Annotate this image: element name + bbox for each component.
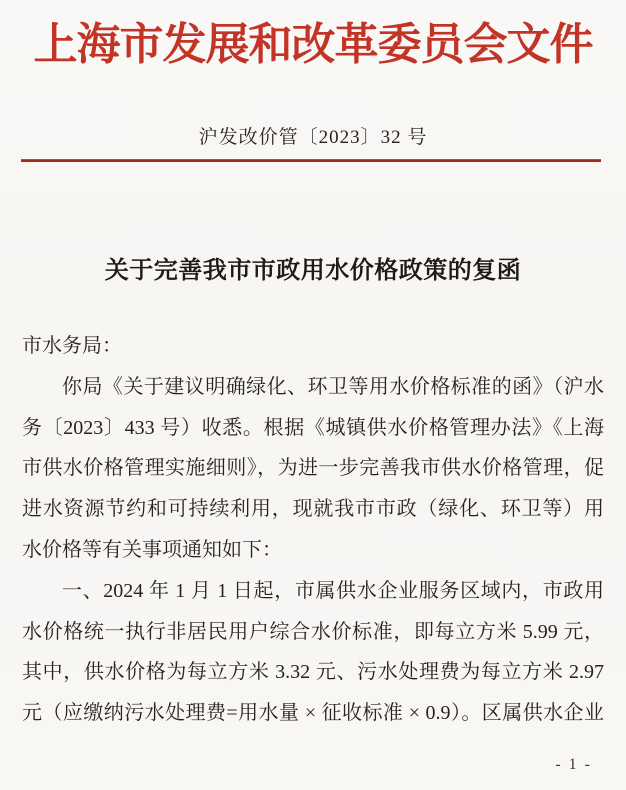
body-line: 水价格统一执行非居民用户综合水价标准，即每立方米 5.99 元， [22,612,604,653]
document-page: 上海市发展和改革委员会文件 沪发改价管〔2023〕32 号 关于完善我市市政用水… [0,0,626,790]
salutation-line: 市水务局： [22,326,604,367]
header-divider-rule [21,159,601,162]
body-line: 你局《关于建议明确绿化、环卫等用水价格标准的函》（沪水 [22,367,604,408]
body-line: 其中，供水价格为每立方米 3.32 元、污水处理费为每立方米 2.97 [22,652,604,693]
body-line: 进水资源节约和可持续利用，现就我市市政（绿化、环卫等）用 [22,489,604,530]
body-line: 务〔2023〕433 号）收悉。根据《城镇供水价格管理办法》《上海 [22,408,604,449]
body-line: 水价格等有关事项通知如下： [22,530,604,571]
body-line: 市供水价格管理实施细则》，为进一步完善我市供水价格管理，促 [22,448,604,489]
document-number: 沪发改价管〔2023〕32 号 [0,122,626,149]
body-line: 元（应缴纳污水处理费=用水量 × 征收标准 × 0.9）。区属供水企业 [22,693,604,734]
document-body: 市水务局： 你局《关于建议明确绿化、环卫等用水价格标准的函》（沪水 务〔2023… [22,326,604,734]
body-line: 一、2024 年 1 月 1 日起，市属供水企业服务区域内，市政用 [22,571,604,612]
document-subject-title: 关于完善我市市政用水价格政策的复函 [0,250,626,285]
page-number: - 1 - [555,756,592,774]
agency-header-title: 上海市发展和改革委员会文件 [0,8,626,72]
